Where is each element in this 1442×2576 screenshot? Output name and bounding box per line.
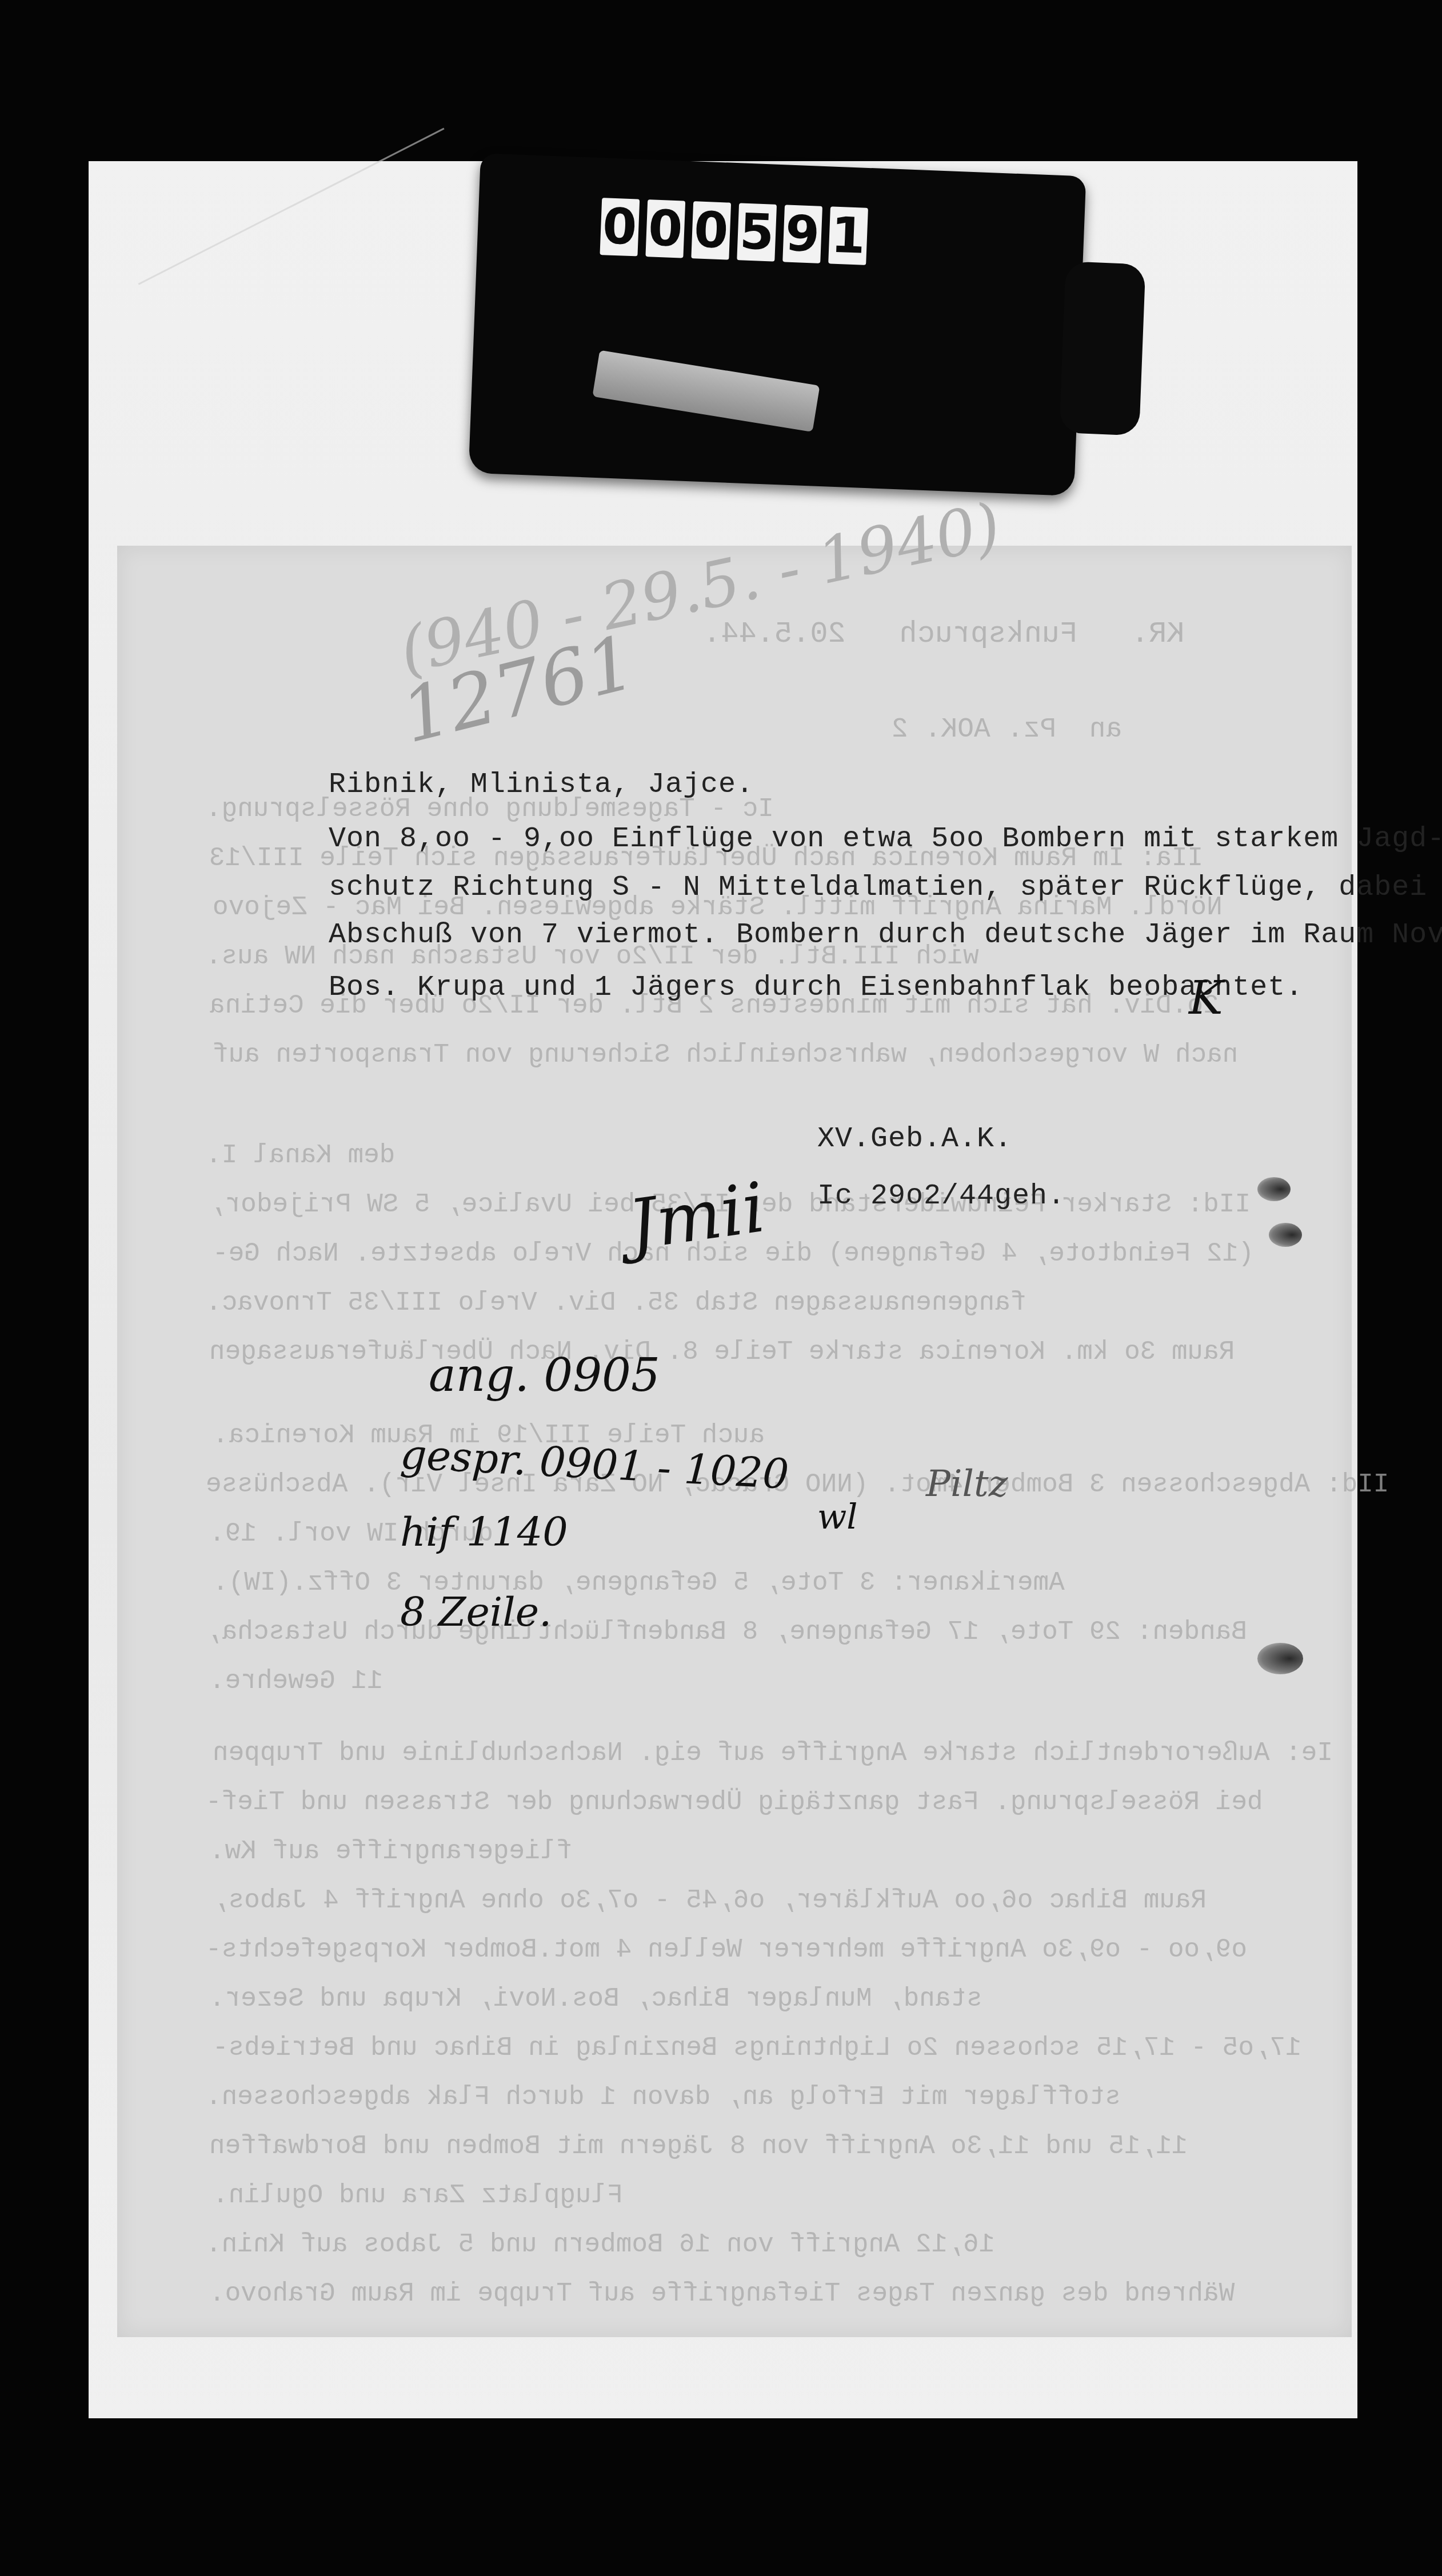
sender-unit: XV.Geb.A.K. bbox=[817, 1123, 1012, 1155]
paper-fold-line bbox=[138, 128, 445, 285]
show-through-line: Amerikaner: 3 Tote, 5 Gefangene, darunte… bbox=[213, 1568, 1065, 1598]
counter-knob bbox=[1059, 261, 1145, 435]
show-through-line: o9,oo - o9,3o Angriffe mehrerer Wellen 4… bbox=[206, 1935, 1247, 1965]
counter-digit: 9 bbox=[782, 205, 822, 263]
show-through-line: bei Rösselsprung. Fast ganztägig Überwac… bbox=[206, 1787, 1263, 1817]
counter-digit: 5 bbox=[737, 203, 777, 261]
show-through-line: Banden: 29 Tote, 17 Gefangene, 8 Bandenf… bbox=[206, 1617, 1247, 1647]
typed-line: schutz Richtung S - N Mitteldalmatien, s… bbox=[329, 871, 1427, 904]
counter-digit: 0 bbox=[600, 198, 640, 256]
counter-digit: 0 bbox=[691, 201, 731, 259]
show-through-line: fliegerangriffe auf Kw. bbox=[209, 1837, 572, 1866]
counter-digit: 0 bbox=[645, 199, 685, 258]
show-through-line: stofflager mit Erfolg an, davon 1 durch … bbox=[206, 2082, 1121, 2112]
counter-nameplate bbox=[592, 350, 820, 432]
handwritten-initials-mid: wl bbox=[817, 1497, 858, 1537]
handwritten-received-time: ang. 0905 bbox=[429, 1349, 660, 1402]
show-through-line: fangenenaussagen Stab 35. Div. Vrelo III… bbox=[206, 1288, 1026, 1318]
typed-line: Ribnik, Mlinista, Jajce. bbox=[329, 769, 754, 801]
show-through-line: IId: Abgeschossen 3 Bomber 4mot. (NNO Gr… bbox=[206, 1470, 1389, 1499]
punch-hole bbox=[1257, 1643, 1303, 1674]
show-through-addressee: an Pz. AOK. 2 bbox=[892, 714, 1122, 745]
show-through-line: Während des ganzen Tages Tiefangriffe au… bbox=[209, 2279, 1235, 2309]
reference-number: Ic 29o2/44geh. bbox=[817, 1180, 1065, 1213]
typed-line: Bos. Krupa und 1 Jägers durch Eisenbahnf… bbox=[329, 971, 1303, 1004]
counter-digits: 0 0 0 5 9 1 bbox=[600, 198, 868, 265]
typed-line: Von 8,oo - 9,oo Einflüge von etwa 5oo Bo… bbox=[329, 823, 1442, 855]
show-through-line: Raum Bihac o6,oo Aufklärer, o6,45 - o7,3… bbox=[213, 1886, 1207, 1915]
typed-line: Abschuß von 7 viermot. Bombern durch deu… bbox=[329, 919, 1442, 951]
show-through-line: stand, Munlager Bihac, Bos.Novi, Krupa u… bbox=[209, 1984, 982, 2014]
show-through-line: 11,15 und 11,3o Angriff von 8 Jägern mit… bbox=[209, 2131, 1187, 2161]
show-through-line: dem Kanal I. bbox=[206, 1141, 395, 1170]
show-through-line: Ie: Außerordentlich starke Angriffe auf … bbox=[213, 1738, 1333, 1768]
show-through-line: Raum 3o km. Korenica starke Teile 8. Div… bbox=[209, 1337, 1235, 1367]
handwritten-line4: 8 Zeile. bbox=[400, 1589, 552, 1635]
show-through-line: 11 Gewehre. bbox=[209, 1666, 383, 1696]
show-through-line: nach W vorgeschoben, wahrscheinlich Sich… bbox=[213, 1040, 1238, 1070]
punch-hole bbox=[1269, 1223, 1302, 1247]
handwritten-line3: hif 1140 bbox=[400, 1509, 568, 1555]
show-through-header: KR. Funkspruch 20.5.44. bbox=[703, 617, 1185, 651]
handwritten-initials-right: Piltz bbox=[926, 1463, 1008, 1505]
handwritten-margin-mark: K bbox=[1189, 971, 1223, 1025]
show-through-line: 17,o5 - 17,15 schossen 2o Lightnings Ben… bbox=[213, 2033, 1301, 2063]
show-through-line: 16,12 Angriff von 16 Bombern und 5 Jabos… bbox=[206, 2230, 994, 2259]
show-through-line: Flugplatz Zara und Ogulin. bbox=[213, 2181, 623, 2210]
frame-counter-device: 0 0 0 5 9 1 bbox=[469, 153, 1087, 496]
counter-digit: 1 bbox=[828, 206, 868, 265]
punch-hole bbox=[1257, 1177, 1291, 1201]
